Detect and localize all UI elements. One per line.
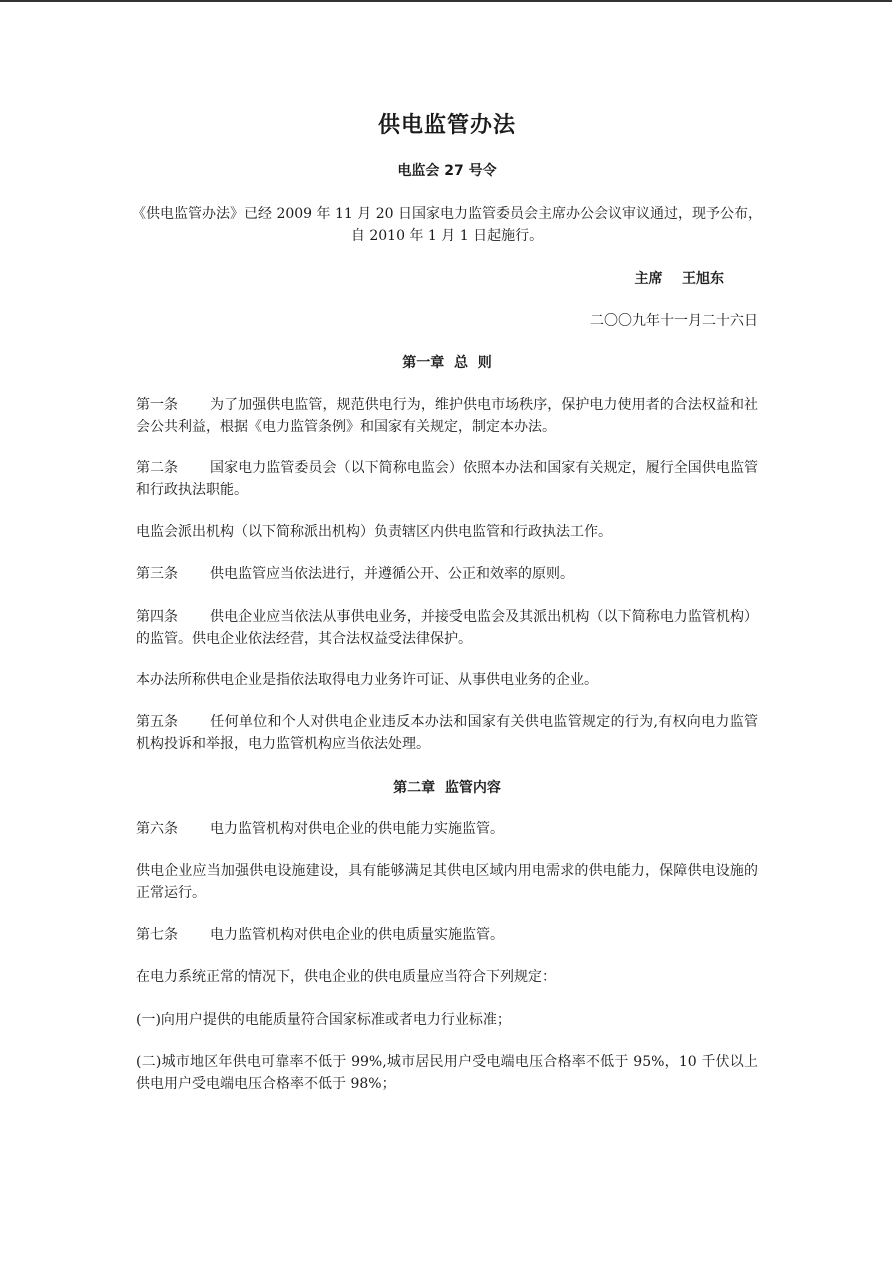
article-text: 国家电力监管委员会（以下简称电监会）依照本办法和国家有关规定，履行全国供电监管和…	[136, 460, 758, 498]
article-text: 供电企业应当依法从事供电业务，并接受电监会及其派出机构（以下简称电力监管机构）的…	[136, 609, 758, 647]
article-text: 为了加强供电监管，规范供电行为，维护供电市场秩序，保护电力使用者的合法权益和社会…	[136, 397, 758, 435]
signer: 主席 王旭东	[635, 268, 725, 288]
intro-paragraph: 《供电监管办法》已经 2009 年 11 月 20 日国家电力监管委员会主席办公…	[126, 203, 768, 247]
article-paragraph: 第七条电力监管机构对供电企业的供电质量实施监管。	[136, 924, 758, 946]
article-paragraph: 第五条任何单位和个人对供电企业违反本办法和国家有关供电监管规定的行为,有权向电力…	[136, 711, 758, 755]
page-top-border	[0, 0, 892, 2]
list-item-text: (一)向用户提供的电能质量符合国家标准或者电力行业标准；	[136, 1012, 511, 1028]
list-item: (一)向用户提供的电能质量符合国家标准或者电力行业标准；	[136, 1009, 758, 1031]
article-text: 任何单位和个人对供电企业违反本办法和国家有关供电监管规定的行为,有权向电力监管机…	[136, 714, 758, 752]
article-paragraph: 第二条国家电力监管委员会（以下简称电监会）依照本办法和国家有关规定，履行全国供电…	[136, 457, 758, 501]
article-paragraph: 第四条供电企业应当依法从事供电业务，并接受电监会及其派出机构（以下简称电力监管机…	[136, 606, 758, 650]
article-label: 第三条	[136, 563, 210, 585]
chapter-heading: 第一章 总 则	[136, 352, 758, 372]
article-label: 第七条	[136, 924, 210, 946]
article-label: 第五条	[136, 711, 210, 733]
paragraph: 本办法所称供电企业是指依法取得电力业务许可证、从事供电业务的企业。	[136, 669, 758, 691]
list-item-text: (二)城市地区年供电可靠率不低于 99%,城市居民用户受电端电压合格率不低于 9…	[136, 1054, 758, 1092]
paragraph-text: 本办法所称供电企业是指依法取得电力业务许可证、从事供电业务的企业。	[136, 672, 598, 688]
document-title: 供电监管办法	[136, 108, 758, 139]
article-text: 电力监管机构对供电企业的供电能力实施监管。	[210, 821, 504, 837]
paragraph-text: 在电力系统正常的情况下，供电企业的供电质量应当符合下列规定：	[136, 969, 556, 985]
issue-date: 二〇〇九年十一月二十六日	[590, 310, 758, 330]
paragraph-text: 供电企业应当加强供电设施建设，具有能够满足其供电区域内用电需求的供电能力，保障供…	[136, 863, 758, 901]
chapter-heading: 第二章 监管内容	[136, 777, 758, 797]
article-text: 电力监管机构对供电企业的供电质量实施监管。	[210, 927, 504, 943]
article-label: 第六条	[136, 818, 210, 840]
order-number: 电监会 27 号令	[136, 160, 758, 180]
article-paragraph: 第一条为了加强供电监管，规范供电行为，维护供电市场秩序，保护电力使用者的合法权益…	[136, 394, 758, 438]
article-paragraph: 第三条供电监管应当依法进行，并遵循公开、公正和效率的原则。	[136, 563, 758, 585]
list-item: (二)城市地区年供电可靠率不低于 99%,城市居民用户受电端电压合格率不低于 9…	[136, 1051, 758, 1095]
paragraph: 在电力系统正常的情况下，供电企业的供电质量应当符合下列规定：	[136, 966, 758, 988]
article-label: 第一条	[136, 394, 210, 416]
paragraph-text: 电监会派出机构（以下简称派出机构）负责辖区内供电监管和行政执法工作。	[136, 524, 612, 540]
paragraph: 供电企业应当加强供电设施建设，具有能够满足其供电区域内用电需求的供电能力，保障供…	[136, 860, 758, 904]
article-text: 供电监管应当依法进行，并遵循公开、公正和效率的原则。	[210, 566, 574, 582]
article-paragraph: 第六条电力监管机构对供电企业的供电能力实施监管。	[136, 818, 758, 840]
paragraph: 电监会派出机构（以下简称派出机构）负责辖区内供电监管和行政执法工作。	[136, 521, 758, 543]
article-label: 第二条	[136, 457, 210, 479]
article-label: 第四条	[136, 606, 210, 628]
